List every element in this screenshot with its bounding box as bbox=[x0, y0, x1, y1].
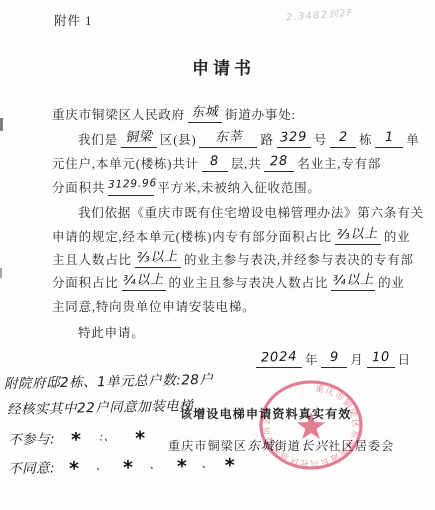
greeting-post: 街道办事处: bbox=[225, 108, 296, 122]
fill-month: 9 bbox=[321, 351, 347, 368]
l6-text: 的业 bbox=[384, 230, 411, 244]
list-separator: 、 bbox=[95, 457, 107, 473]
greeting-line: 重庆市铜梁区人民政府东城街道办事处: bbox=[52, 105, 296, 123]
scanned-application-document: { "page": { "attachment_label": "附件 1", … bbox=[0, 0, 435, 510]
body-line-8: 分面积占比¾以上的业主且参与表决人数占比¾以上的业 bbox=[52, 273, 405, 291]
fill-unit: 1 bbox=[375, 131, 403, 148]
nonparticipate-label: 不参与: bbox=[8, 431, 55, 448]
fill-year: 2024 bbox=[256, 351, 302, 368]
redaction-star: * bbox=[69, 458, 80, 480]
l10-text: 特此申请。 bbox=[78, 326, 145, 340]
greeting-pre: 重庆市铜梁区人民政府 bbox=[52, 108, 185, 122]
handwritten-note-disagree: 不同意:*、*、*、* bbox=[8, 452, 236, 479]
scan-edge-artifact bbox=[0, 118, 3, 131]
l8-text: 分面积占比 bbox=[52, 276, 119, 290]
list-separator: 、 bbox=[149, 456, 161, 472]
l2-text: 区(县) bbox=[160, 133, 197, 147]
l8-text: 的业主且参与表决人数占比 bbox=[169, 276, 329, 290]
l3-text: 层,共 bbox=[231, 157, 262, 171]
body-line-5: 我们依据《重庆市既有住宅增设电梯管理办法》第六条有关 bbox=[78, 203, 424, 221]
body-line-2: 我们是铜梁区(县)东莘路329号2栋1单 bbox=[78, 130, 420, 148]
redaction-star: * bbox=[177, 456, 188, 478]
date-line: 2024年9月10日 bbox=[253, 350, 411, 368]
closing-line: 特此申请。 bbox=[78, 323, 145, 341]
committee-pre: 重庆市铜梁区 bbox=[168, 439, 247, 453]
stamp-star-icon bbox=[297, 412, 326, 439]
l4-text: 平方米,未被纳入征收范围。 bbox=[157, 181, 321, 195]
fill-district: 铜梁 bbox=[121, 131, 157, 148]
l8-text: 的业 bbox=[378, 276, 405, 290]
fill-ratio-area-agree: ¾以上 bbox=[122, 274, 166, 291]
redaction-star: * bbox=[123, 457, 134, 479]
handwritten-note-agree-count: 经核实其中22户同意加装电梯 bbox=[7, 394, 194, 418]
l9-text: 主同意,特向贵单位申请安装电梯。 bbox=[52, 300, 255, 314]
l6-text: 申请的规定,经本单元(楼栋)内专有部分面积占比 bbox=[52, 230, 332, 244]
year-label: 年 bbox=[305, 353, 318, 367]
l4-text: 分面积共 bbox=[52, 181, 105, 195]
handwritten-note-households: 附院府邸2栋、1单元总户数:28户 bbox=[4, 368, 214, 392]
body-line-9: 主同意,特向贵单位申请安装电梯。 bbox=[52, 297, 255, 315]
l2-text: 路 bbox=[260, 133, 273, 147]
fill-area: 3129.96 bbox=[108, 179, 154, 196]
list-separator: 、 bbox=[201, 455, 213, 471]
fill-ratio-headcount-vote: ⅔以上 bbox=[135, 251, 181, 268]
document-title: 申请书 bbox=[6, 54, 435, 79]
disagree-label: 不同意: bbox=[8, 460, 55, 477]
l3-text: 名业主,专有部 bbox=[297, 157, 381, 171]
pencil-note: 2.3482到2F bbox=[286, 5, 355, 24]
day-label: 日 bbox=[398, 353, 411, 367]
fill-street-no: 329 bbox=[277, 131, 311, 148]
fill-street-office: 东城 bbox=[188, 106, 222, 123]
body-line-3: 元住户,本单元(楼栋)共计8层,共28名业主,专有部 bbox=[52, 154, 381, 172]
fill-floors: 8 bbox=[202, 155, 228, 172]
l5-text: 我们依据《重庆市既有住宅增设电梯管理办法》第六条有关 bbox=[78, 206, 424, 220]
l2-text: 号 bbox=[314, 133, 327, 147]
fill-ratio-area-vote: ⅔以上 bbox=[335, 228, 381, 245]
scan-edge-artifact bbox=[0, 268, 2, 278]
l2-text: 栋 bbox=[359, 133, 372, 147]
month-label: 月 bbox=[350, 353, 363, 367]
red-official-stamp: 重庆市铜梁区东城街道长兴社区居民委员会 bbox=[256, 378, 366, 474]
body-line-4: 分面积共3129.96平方米,未被纳入征收范围。 bbox=[52, 178, 321, 196]
fill-ratio-headcount-agree: ¾以上 bbox=[331, 274, 375, 291]
handwritten-note-nonparticipants: 不参与:*:、* bbox=[8, 425, 146, 450]
l2-text: 我们是 bbox=[78, 133, 118, 147]
l3-text: 元住户,本单元(楼栋)共计 bbox=[52, 157, 199, 171]
fill-building: 2 bbox=[330, 131, 356, 148]
list-separator: :、 bbox=[99, 428, 115, 444]
redaction-star: * bbox=[135, 428, 146, 450]
redaction-star: * bbox=[71, 429, 82, 451]
l7-text: 主且人数占比 bbox=[52, 253, 132, 267]
fill-day: 10 bbox=[367, 351, 395, 368]
l7-text: 的业主参与表决,并经参与表决的专有部 bbox=[184, 253, 414, 267]
redaction-star: * bbox=[225, 455, 236, 477]
attachment-label: 附件 1 bbox=[54, 11, 92, 29]
l2-text: 单 bbox=[406, 133, 419, 147]
fill-owner-count: 28 bbox=[264, 155, 294, 172]
body-line-7: 主且人数占比⅔以上的业主参与表决,并经参与表决的专有部 bbox=[52, 250, 414, 268]
fill-road: 东莘 bbox=[199, 131, 257, 148]
body-line-6: 申请的规定,经本单元(楼栋)内专有部分面积占比⅔以上的业 bbox=[52, 227, 410, 245]
